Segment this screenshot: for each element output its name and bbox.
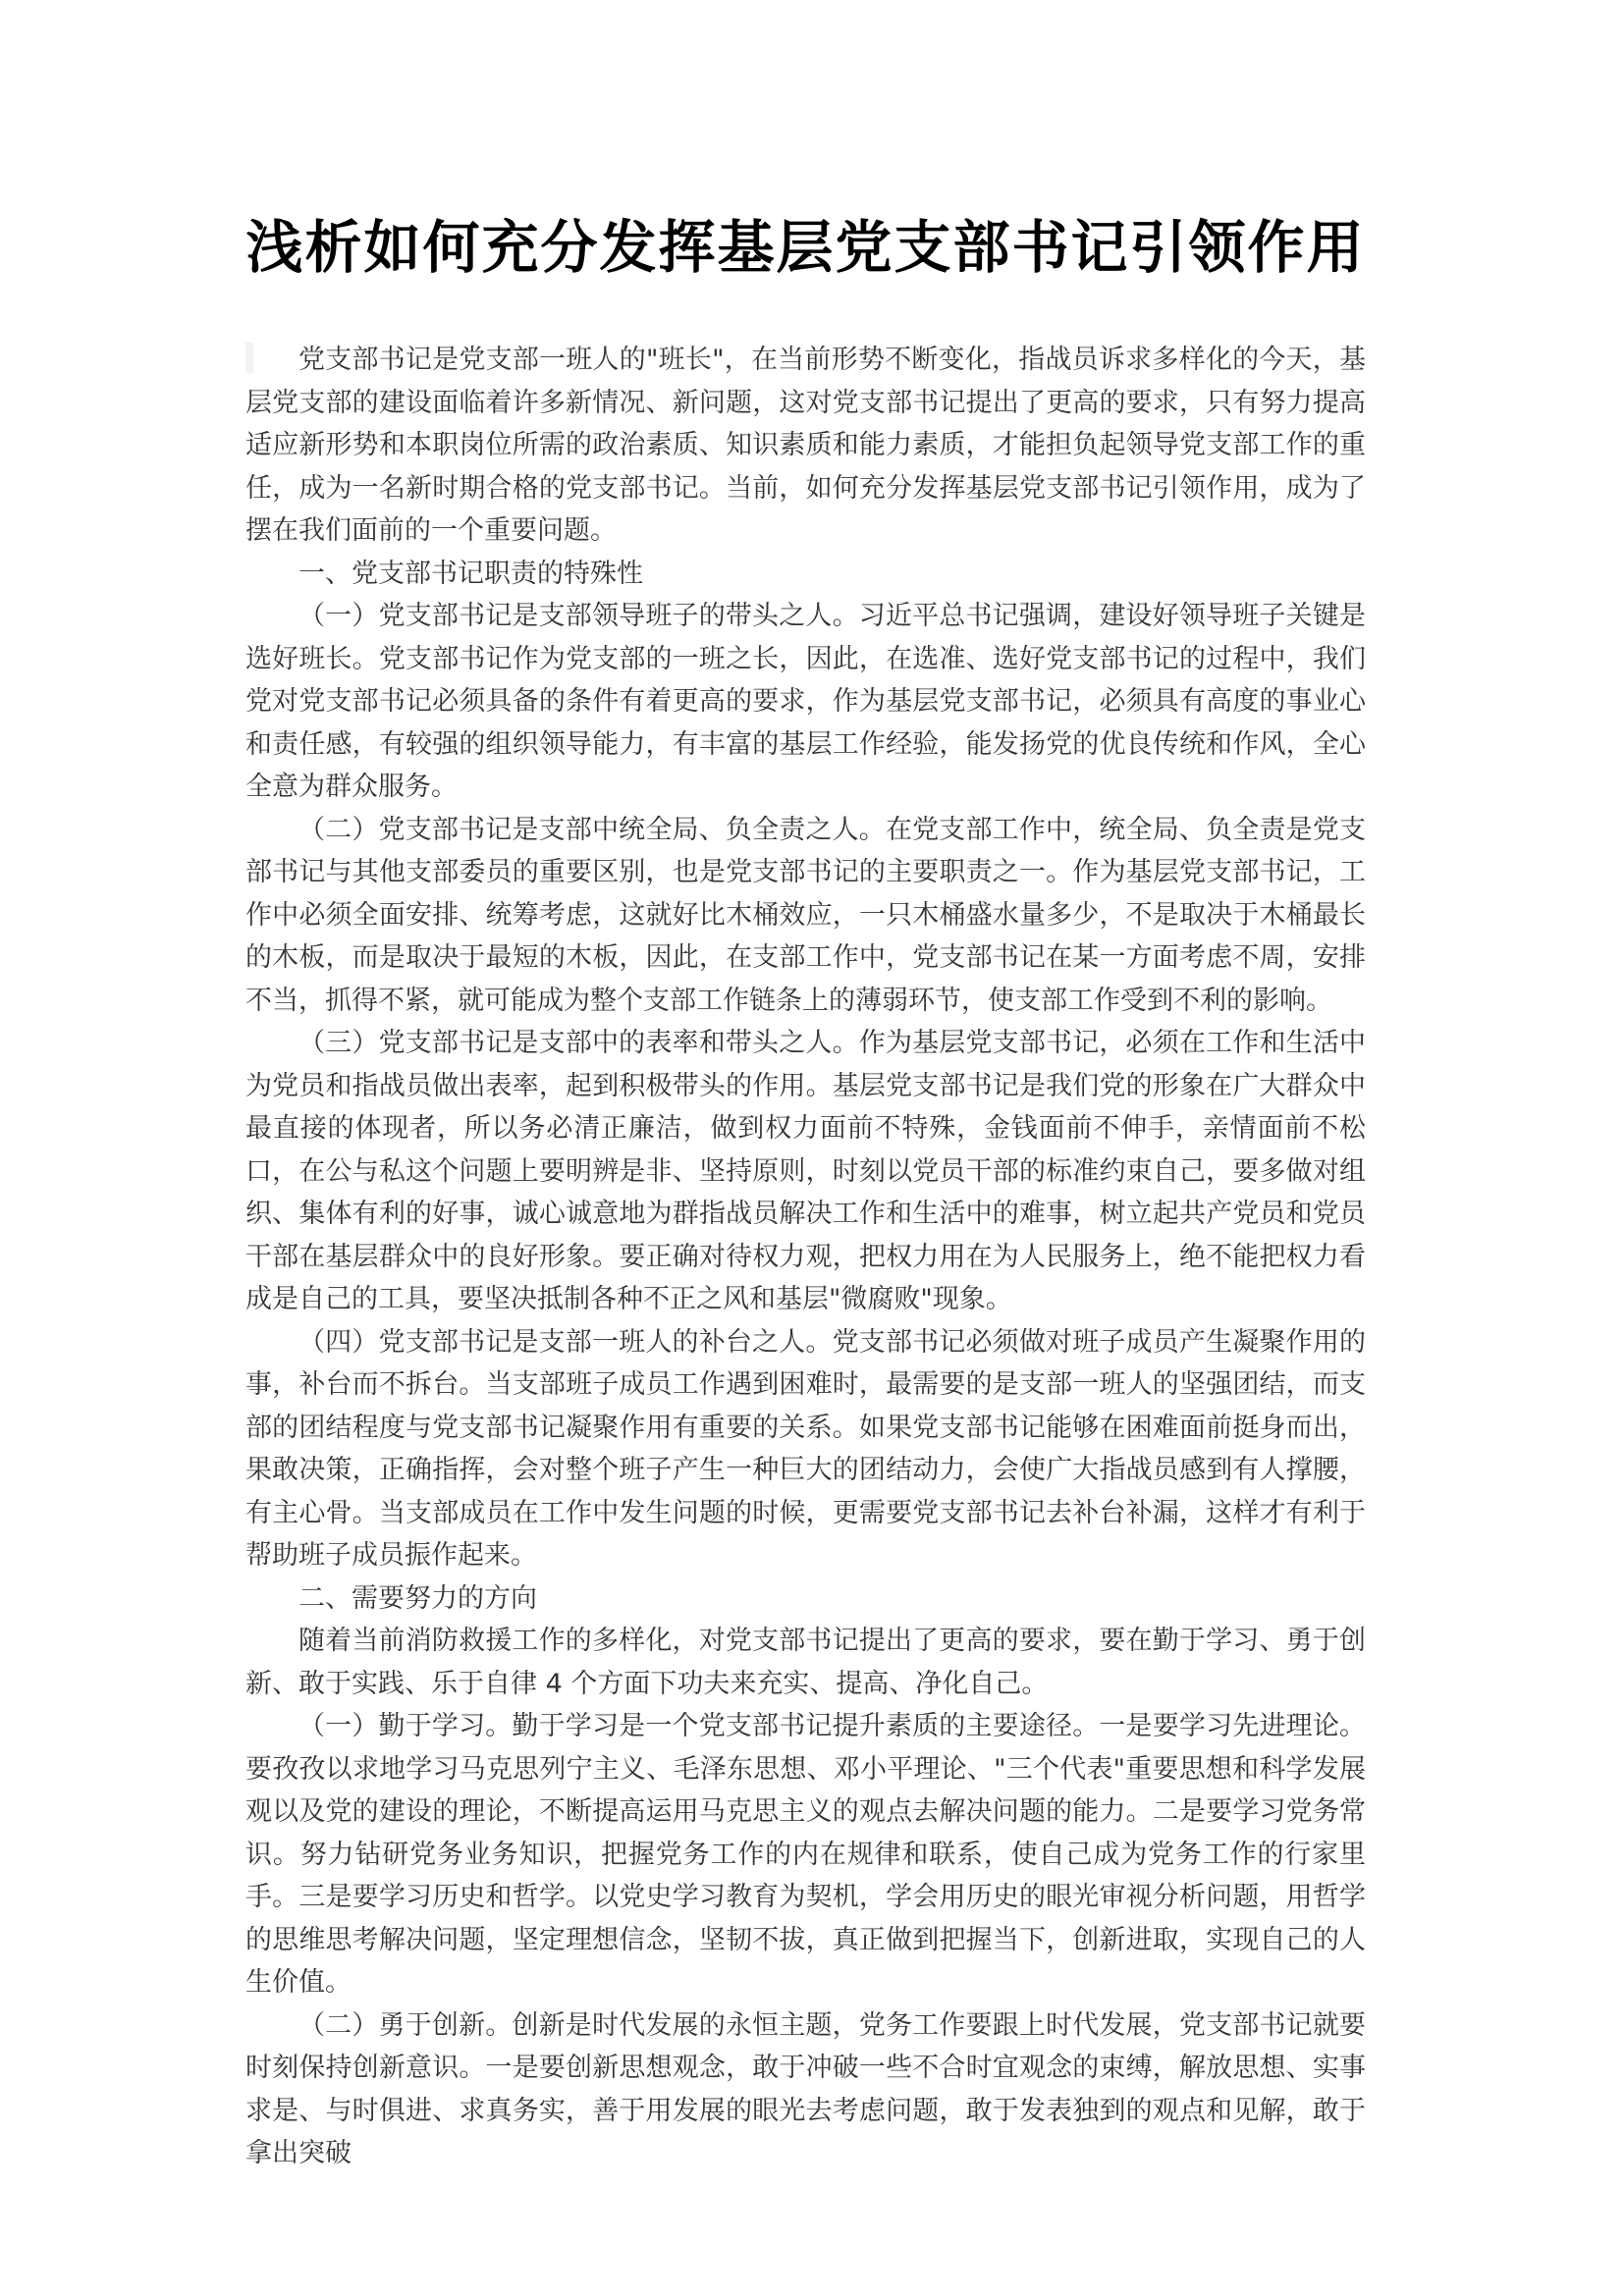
section-1-heading: 一、党支部书记职责的特殊性 <box>245 553 1366 596</box>
document-title: 浅析如何充分发挥基层党支部书记引领作用 <box>245 209 1366 286</box>
document-page: { "page": { "background_color": "#ffffff… <box>0 0 1624 2296</box>
section-2-heading: 二、需要努力的方向 <box>245 1577 1366 1621</box>
section-2-paragraph-1: （一）勤于学习。勤于学习是一个党支部书记提升素质的主要途径。一是要学习先进理论。… <box>245 1705 1366 2004</box>
section-1-paragraph-1: （一）党支部书记是支部领导班子的带头之人。习近平总书记强调，建设好领导班子关键是… <box>245 595 1366 809</box>
document-body: 党支部书记是党支部一班人的"班长"，在当前形势不断变化，指战员诉求多样化的今天，… <box>245 339 1366 2175</box>
section-2-paragraph-2-truncated: （二）勇于创新。创新是时代发展的永恒主题，党务工作要跟上时代发展，党支部书记就要… <box>245 2004 1366 2175</box>
section-1-paragraph-2: （二）党支部书记是支部中统全局、负全责之人。在党支部工作中，统全局、负全责是党支… <box>245 809 1366 1023</box>
intro-paragraph: 党支部书记是党支部一班人的"班长"，在当前形势不断变化，指战员诉求多样化的今天，… <box>245 339 1366 553</box>
section-1-paragraph-4: （四）党支部书记是支部一班人的补台之人。党支部书记必须做对班子成员产生凝聚作用的… <box>245 1321 1366 1577</box>
section-1-paragraph-3: （三）党支部书记是支部中的表率和带头之人。作为基层党支部书记，必须在工作和生活中… <box>245 1022 1366 1321</box>
document-content-column: 浅析如何充分发挥基层党支部书记引领作用 党支部书记是党支部一班人的"班长"，在当… <box>245 0 1366 2175</box>
section-2-intro-paragraph: 随着当前消防救援工作的多样化，对党支部书记提出了更高的要求，要在勤于学习、勇于创… <box>245 1620 1366 1705</box>
